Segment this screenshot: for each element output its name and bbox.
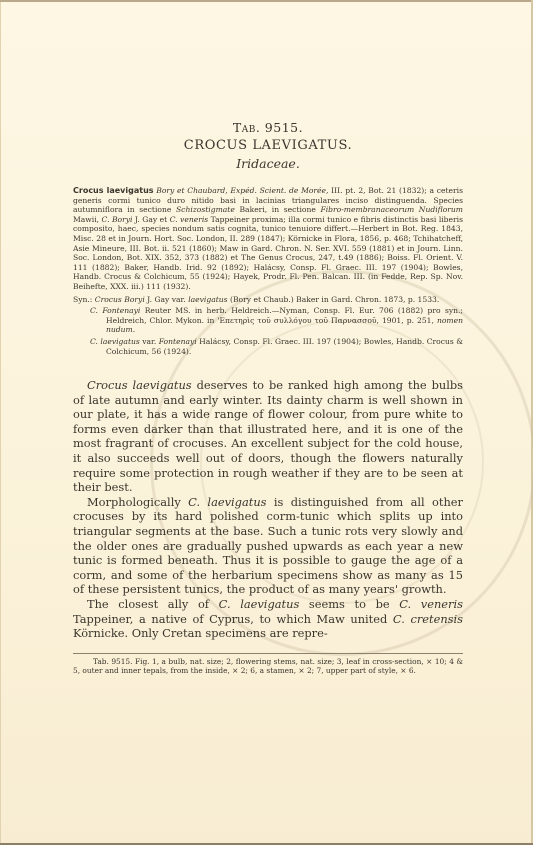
diagnosis-text: Bakeri, in sectione — [235, 205, 321, 214]
diagnosis-text: Tappeiner proxima; illa cormi tunico e f… — [73, 215, 463, 291]
synonym-text: Reuter MS. in herb. Heldreich.—Nyman, Co… — [106, 306, 463, 325]
synonym-text: J. Gay var. — [145, 295, 188, 304]
body-text: Crocus laevigatus deserves to be ranked … — [73, 378, 463, 641]
species-name: Crocus laevigatus — [73, 186, 154, 195]
plate-caption: Tab. 9515. Fig. 1, a bulb, nat. size; 2,… — [73, 657, 463, 676]
diagnosis-italic: Schizostigmate — [176, 205, 235, 214]
species-title: CROCUS LAEVIGATUS. — [73, 138, 463, 156]
species-ref: C. laevigatus — [219, 597, 300, 611]
synonym-text: (Bory et Chaub.) Baker in Gard. Chron. 1… — [228, 295, 440, 304]
synonym-entry: C. Fontenayi Reuter MS. in herb. Heldrei… — [73, 306, 463, 335]
species-ref: C. laevigatus — [188, 495, 266, 509]
document-page: Tab. 9515. CROCUS LAEVIGATUS. Iridaceae.… — [0, 0, 533, 845]
paragraph-text: Tappeiner, a native of Cyprus, to which … — [73, 612, 393, 626]
diagnosis-italic: Fibro-membranaceorum Nudiflorum — [320, 205, 463, 214]
synonym-label: Syn.: — [73, 295, 95, 304]
page-edge-top — [0, 0, 533, 2]
paragraph-text: seems to be — [299, 597, 399, 611]
synonym-name: C. Fontenayi — [90, 306, 140, 315]
diagnosis-text: J. Gay et — [132, 215, 169, 224]
paragraph-text: Körnicke. Only Cretan specimens are repr… — [73, 626, 328, 640]
footnote-divider — [73, 653, 463, 654]
synonym-entry: Syn.: Crocus Boryi J. Gay var. laevigatu… — [73, 295, 463, 305]
diagnosis-text: Mawii, — [73, 215, 102, 224]
page-content: Tab. 9515. CROCUS LAEVIGATUS. Iridaceae.… — [73, 120, 463, 676]
paragraph-text: deserves to be ranked high among the bul… — [73, 378, 463, 494]
authority: Bory et Chaubard, Expéd. Scient. de Moré… — [156, 186, 328, 195]
paragraph-text: Morphologically — [87, 495, 188, 509]
family-name: Iridaceae. — [73, 156, 463, 176]
synonym-name: C. laevigatus — [90, 337, 140, 346]
plate-number: Tab. 9515. — [73, 120, 463, 138]
synonymy: Syn.: Crocus Boryi J. Gay var. laevigatu… — [73, 295, 463, 357]
paragraph: Morphologically C. laevigatus is disting… — [73, 495, 463, 597]
synonym-name: Crocus Boryi — [95, 295, 145, 304]
species-ref: C. veneris — [399, 597, 463, 611]
synonym-name: laevigatus — [188, 295, 227, 304]
species-ref: C. cretensis — [393, 612, 463, 626]
species-ref: Crocus laevigatus — [87, 378, 192, 392]
paragraph: The closest ally of C. laevigatus seems … — [73, 597, 463, 641]
paragraph: Crocus laevigatus deserves to be ranked … — [73, 378, 463, 495]
diagnosis-italic: C. veneris — [170, 215, 209, 224]
synonym-text: var. — [140, 337, 159, 346]
synonym-name: Fontenayi — [159, 337, 197, 346]
paragraph-text: is distinguished from all other crocuses… — [73, 495, 463, 597]
synonym-entry: C. laevigatus var. Fontenayi Halácsy, Co… — [73, 337, 463, 356]
paragraph-text: The closest ally of — [87, 597, 219, 611]
latin-diagnosis: Crocus laevigatus Bory et Chaubard, Expé… — [73, 186, 463, 292]
diagnosis-italic: C. Boryi — [102, 215, 133, 224]
